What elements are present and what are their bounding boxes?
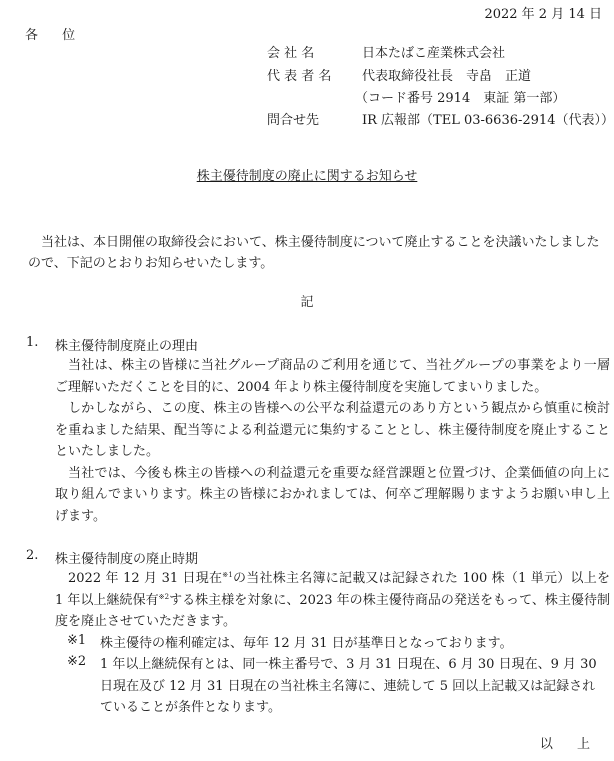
section-2-heading: 株主優待制度の廃止時期 [55, 548, 198, 567]
addressee: 各 位 [25, 24, 85, 43]
section-1-number: 1. [26, 335, 38, 350]
ki-mark: 記 [0, 291, 614, 310]
section-1-paragraph: 当社は、株主の皆様に当社グループ商品のご利用を通じて、当社グループの事業をより一… [55, 355, 610, 398]
representative-value: 代表取締役社長 寺畠 正道 [362, 65, 531, 84]
stock-code: （コード番号 2914 東証 第一部） [355, 87, 565, 106]
contact-value: IR 広報部（TEL 03-6636-2914（代表）） [362, 109, 614, 128]
section-2-number: 2. [26, 548, 38, 563]
section-2-body: 2022 年 12 月 31 日現在※1の当社株主名簿に記載又は記録された 10… [55, 568, 610, 633]
intro-paragraph: 当社は、本日開催の取締役会において、株主優待制度について廃止することを決議いたし… [28, 232, 608, 274]
representative-label: 代 表 者 名 [267, 65, 331, 84]
section-2-text: 2022 年 12 月 31 日現在 [68, 571, 222, 586]
section-1-body: 当社は、株主の皆様に当社グループ商品のご利用を通じて、当社グループの事業をより一… [55, 355, 610, 527]
note-2-mark: ※2 [67, 654, 86, 669]
note-2-text: 1 年以上継続保有とは、同一株主番号で、3 月 31 日現在、6 月 30 日現… [100, 654, 608, 719]
note-1-text: 株主優待の権利確定は、毎年 12 月 31 日が基準日となっております。 [100, 633, 608, 655]
document-title: 株主優待制度の廃止に関するお知らせ [0, 165, 614, 184]
section-1-paragraph: しかしながら、この度、株主の皆様への公平な利益還元のあり方という観点から慎重に検… [55, 398, 610, 463]
closing-mark: 以 上 [540, 733, 600, 752]
footnote-ref-2: ※2 [159, 593, 169, 601]
section-1-paragraph: 当社では、今後も株主の皆様への利益還元を重要な経営課題と位置づけ、企業価値の向上… [55, 463, 610, 528]
document-date: 2022 年 2 月 14 日 [484, 3, 602, 22]
note-1-mark: ※1 [67, 633, 86, 648]
contact-label: 問合せ先 [267, 109, 319, 128]
company-label: 会 社 名 [267, 42, 314, 61]
footnote-ref-1: ※1 [222, 571, 233, 579]
company-value: 日本たばこ産業株式会社 [362, 42, 505, 61]
section-1-heading: 株主優待制度廃止の理由 [55, 335, 198, 354]
